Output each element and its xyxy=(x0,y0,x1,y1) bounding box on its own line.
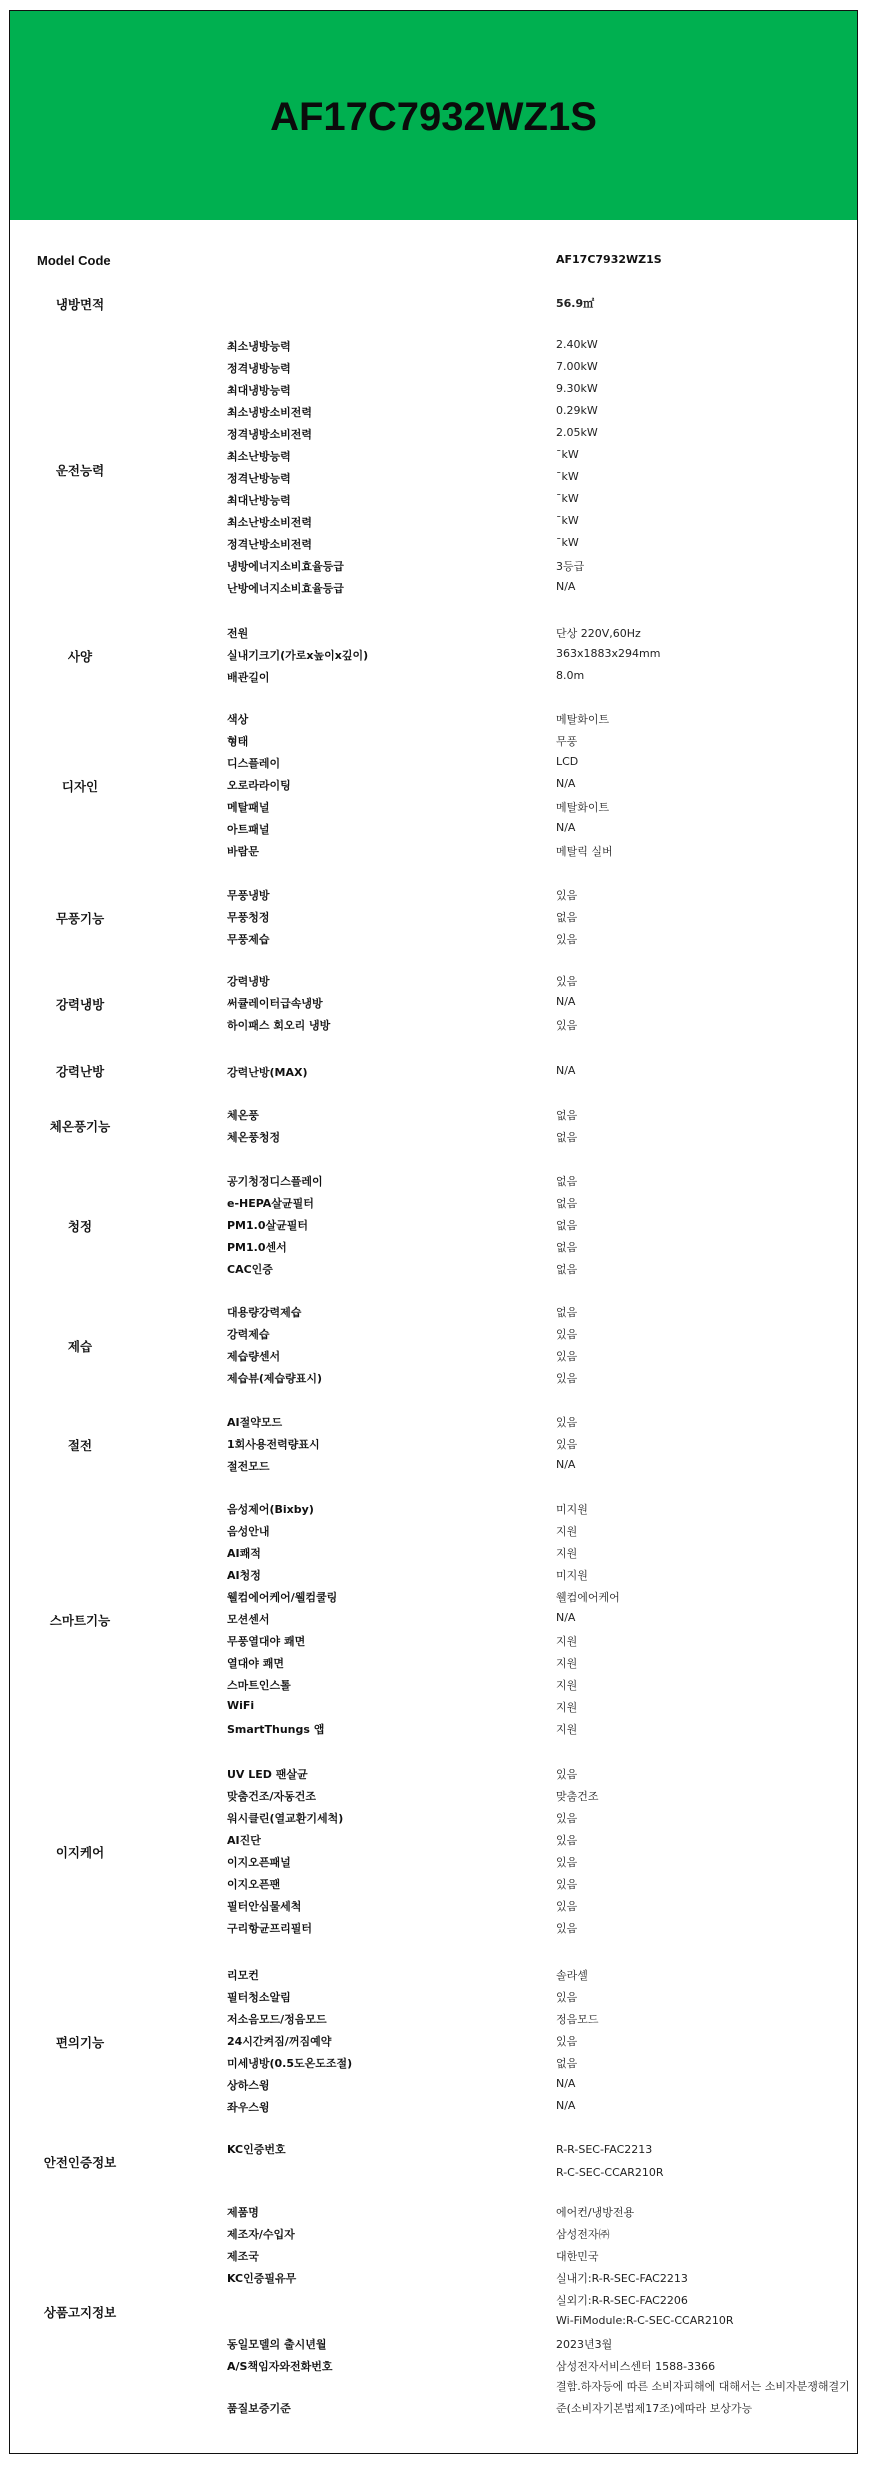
spec-value: 없음 xyxy=(556,1304,577,1320)
spec-label: 정격냉방소비전력 xyxy=(227,426,312,442)
spec-label: 체온풍청정 xyxy=(227,1129,280,1145)
spec-label: 메탈패널 xyxy=(227,799,270,815)
spec-label: e-HEPA살균필터 xyxy=(227,1195,314,1211)
spec-label: 구리항균프리필터 xyxy=(227,1920,312,1936)
spec-label: 아트패널 xyxy=(227,821,270,837)
spec-label: 제조자/수입자 xyxy=(227,2226,295,2242)
spec-value: 있음 xyxy=(556,1766,577,1782)
spec-value: N/A xyxy=(556,1064,575,1077)
spec-label: 최대냉방능력 xyxy=(227,382,291,398)
spec-value: 없음 xyxy=(556,1217,577,1233)
spec-value: ¯kW xyxy=(556,492,579,505)
spec-value: 지원 xyxy=(556,1633,577,1649)
spec-label: 좌우스윙 xyxy=(227,2099,270,2115)
spec-value: 정음모드 xyxy=(556,2011,599,2027)
spec-value: 9.30kW xyxy=(556,382,598,395)
spec-value: 없음 xyxy=(556,1239,577,1255)
spec-value: 56.9㎡ xyxy=(556,295,594,311)
category-label: 청정 xyxy=(10,1217,150,1235)
spec-value: 솔라셀 xyxy=(556,1967,588,1983)
spec-label: 무풍냉방 xyxy=(227,887,270,903)
category-label: 무풍기능 xyxy=(10,909,150,927)
spec-value: 삼성전자㈜ xyxy=(556,2226,610,2242)
spec-value: 없음 xyxy=(556,1107,577,1123)
spec-label: 무풍청정 xyxy=(227,909,270,925)
spec-label: 맞춤건조/자동건조 xyxy=(227,1788,316,1804)
spec-value: ¯kW xyxy=(556,514,579,527)
spec-label: 체온풍 xyxy=(227,1107,259,1123)
spec-label: 제조국 xyxy=(227,2248,259,2264)
spec-label: 제습뷰(제습량표시) xyxy=(227,1370,322,1386)
category-label: 냉방면적 xyxy=(10,295,150,313)
spec-value: 있음 xyxy=(556,1017,577,1033)
spec-value: N/A xyxy=(556,1458,575,1471)
spec-label: 색상 xyxy=(227,711,248,727)
spec-value: N/A xyxy=(556,1611,575,1624)
spec-label: 동일모델의 출시년월 xyxy=(227,2336,326,2352)
spec-label: 음성안내 xyxy=(227,1523,270,1539)
spec-value: 실내기:R-R-SEC-FAC2213 xyxy=(556,2270,688,2286)
spec-label: 상하스윙 xyxy=(227,2077,270,2093)
spec-label: 필터안심물세척 xyxy=(227,1898,301,1914)
spec-label: 디스플레이 xyxy=(227,755,280,771)
spec-value: 대한민국 xyxy=(556,2248,599,2264)
spec-value: N/A xyxy=(556,821,575,834)
spec-label: 전원 xyxy=(227,625,248,641)
spec-value: 있음 xyxy=(556,1854,577,1870)
spec-value: 있음 xyxy=(556,1810,577,1826)
spec-value: 미지원 xyxy=(556,1567,588,1583)
spec-value: 에어컨/냉방전용 xyxy=(556,2204,634,2220)
spec-label: 무풍제습 xyxy=(227,931,270,947)
spec-label: 리모컨 xyxy=(227,1967,259,1983)
spec-label: 오로라라이팅 xyxy=(227,777,291,793)
title-banner: AF17C7932WZ1S xyxy=(10,11,857,220)
spec-label: 써큘레이터급속냉방 xyxy=(227,995,323,1011)
category-label: 편의기능 xyxy=(10,2033,150,2051)
spec-value: 있음 xyxy=(556,1370,577,1386)
spec-label: 정격난방능력 xyxy=(227,470,291,486)
model-code-row: Model Code AF17C7932WZ1S xyxy=(10,253,857,273)
spec-value: ¯kW xyxy=(556,536,579,549)
spec-value: 363x1883x294mm xyxy=(556,647,660,660)
spec-value: 2023년3월 xyxy=(556,2336,612,2352)
spec-label: 제습량센서 xyxy=(227,1348,280,1364)
spec-value: 있음 xyxy=(556,1920,577,1936)
spec-value: 없음 xyxy=(556,1195,577,1211)
spec-value: N/A xyxy=(556,2099,575,2112)
spec-label: 미세냉방(0.5도온도조절) xyxy=(227,2055,352,2071)
spec-value: 있음 xyxy=(556,973,577,989)
spec-label: WiFi xyxy=(227,1699,254,1712)
spec-value: 맞춤건조 xyxy=(556,1788,599,1804)
spec-label: 음성제어(Bixby) xyxy=(227,1501,314,1517)
spec-label: SmartThungs 앱 xyxy=(227,1721,324,1737)
spec-value: 없음 xyxy=(556,1173,577,1189)
model-code-label: Model Code xyxy=(37,253,111,268)
spec-value: 2.05kW xyxy=(556,426,598,439)
spec-label: CAC인증 xyxy=(227,1261,273,1277)
category-label: 스마트기능 xyxy=(10,1611,150,1629)
spec-value: N/A xyxy=(556,2077,575,2090)
category-label: 상품고지정보 xyxy=(10,2303,150,2321)
spec-label: 대용량강력제습 xyxy=(227,1304,301,1320)
spec-value: 지원 xyxy=(556,1677,577,1693)
spec-label: PM1.0살균필터 xyxy=(227,1217,308,1233)
spec-label: 모션센서 xyxy=(227,1611,270,1627)
spec-label: 강력냉방 xyxy=(227,973,270,989)
spec-value: 있음 xyxy=(556,1832,577,1848)
spec-label: 워시클린(열교환기세척) xyxy=(227,1810,343,1826)
spec-label: 최소난방능력 xyxy=(227,448,291,464)
spec-value: R-C-SEC-CCAR210R xyxy=(556,2166,664,2179)
spec-value: 없음 xyxy=(556,1261,577,1277)
spec-label: 무풍열대야 쾌면 xyxy=(227,1633,305,1649)
spec-value: 있음 xyxy=(556,1876,577,1892)
spec-label: 품질보증기준 xyxy=(227,2400,291,2416)
spec-label: 1회사용전력량표시 xyxy=(227,1436,320,1452)
spec-value: 실외기:R-R-SEC-FAC2206 xyxy=(556,2292,688,2308)
category-label: 제습 xyxy=(10,1337,150,1355)
spec-label: 정격난방소비전력 xyxy=(227,536,312,552)
spec-value: 삼성전자서비스센터 1588-3366 xyxy=(556,2358,715,2374)
spec-label: 강력난방(MAX) xyxy=(227,1064,308,1080)
spec-label: 이지오픈패널 xyxy=(227,1854,291,1870)
spec-value: R-R-SEC-FAC2213 xyxy=(556,2143,652,2156)
spec-label: 정격냉방능력 xyxy=(227,360,291,376)
spec-value: 없음 xyxy=(556,909,577,925)
spec-label: UV LED 팬살균 xyxy=(227,1766,308,1782)
spec-value: N/A xyxy=(556,777,575,790)
spec-label: 하이패스 회오리 냉방 xyxy=(227,1017,330,1033)
spec-value: 웰컴에어케어 xyxy=(556,1589,620,1605)
spec-label: 바람문 xyxy=(227,843,259,859)
category-label: 이지케어 xyxy=(10,1843,150,1861)
spec-label: A/S책임자와전화번호 xyxy=(227,2358,332,2374)
spec-value: 없음 xyxy=(556,2055,577,2071)
spec-label: 최소냉방능력 xyxy=(227,338,291,354)
spec-label: PM1.0센서 xyxy=(227,1239,287,1255)
spec-value: LCD xyxy=(556,755,578,768)
spec-value: 메탈릭 실버 xyxy=(556,843,613,859)
model-code-value: AF17C7932WZ1S xyxy=(556,253,662,266)
spec-label: 열대야 쾌면 xyxy=(227,1655,284,1671)
spec-label: 최대난방능력 xyxy=(227,492,291,508)
spec-value: 결함.하자등에 따른 소비자피해에 대해서는 소비자분쟁해결기준(소비자기본법제… xyxy=(556,2376,856,2420)
spec-label: 강력제습 xyxy=(227,1326,270,1342)
spec-label: 스마트인스톨 xyxy=(227,1677,291,1693)
category-label: 디자인 xyxy=(10,777,150,795)
spec-label: 최소냉방소비전력 xyxy=(227,404,312,420)
spec-value: 8.0m xyxy=(556,669,584,682)
spec-value: 7.00kW xyxy=(556,360,598,373)
spec-value: 지원 xyxy=(556,1699,577,1715)
spec-value: 있음 xyxy=(556,2033,577,2049)
spec-value: 단상 220V,60Hz xyxy=(556,625,641,641)
spec-value: N/A xyxy=(556,580,575,593)
spec-value: ¯kW xyxy=(556,470,579,483)
spec-value: 메탈화이트 xyxy=(556,799,609,815)
spec-label: AI절약모드 xyxy=(227,1414,282,1430)
spec-label: 저소음모드/정음모드 xyxy=(227,2011,327,2027)
spec-value: 있음 xyxy=(556,1348,577,1364)
spec-value: 있음 xyxy=(556,1989,577,2005)
spec-value: 지원 xyxy=(556,1545,577,1561)
category-label: 안전인증정보 xyxy=(10,2153,150,2171)
spec-label: 배관길이 xyxy=(227,669,270,685)
spec-label: 제품명 xyxy=(227,2204,259,2220)
spec-value: 2.40kW xyxy=(556,338,598,351)
spec-value: N/A xyxy=(556,995,575,1008)
spec-value: 무풍 xyxy=(556,733,577,749)
spec-value: 없음 xyxy=(556,1129,577,1145)
spec-value: 지원 xyxy=(556,1655,577,1671)
spec-value: 지원 xyxy=(556,1721,577,1737)
spec-label: 필터청소알림 xyxy=(227,1989,291,2005)
category-label: 강력난방 xyxy=(10,1062,150,1080)
spec-label: 형태 xyxy=(227,733,248,749)
spec-value: Wi-FiModule:R-C-SEC-CCAR210R xyxy=(556,2314,734,2327)
spec-label: 웰컴에어케어/웰컴쿨링 xyxy=(227,1589,337,1605)
spec-value: 있음 xyxy=(556,1414,577,1430)
page-title: AF17C7932WZ1S xyxy=(270,95,597,140)
spec-label: 절전모드 xyxy=(227,1458,270,1474)
spec-label: 최소난방소비전력 xyxy=(227,514,312,530)
spec-value: 3등급 xyxy=(556,558,584,574)
spec-label: 냉방에너지소비효율등급 xyxy=(227,558,344,574)
spec-label: AI진단 xyxy=(227,1832,261,1848)
spec-value: 있음 xyxy=(556,1326,577,1342)
spec-value: 있음 xyxy=(556,1898,577,1914)
category-label: 절전 xyxy=(10,1436,150,1454)
spec-value: 있음 xyxy=(556,1436,577,1452)
category-label: 강력냉방 xyxy=(10,995,150,1013)
spec-value: ¯kW xyxy=(556,448,579,461)
spec-label: AI청정 xyxy=(227,1567,261,1583)
category-label: 체온풍기능 xyxy=(10,1117,150,1135)
category-label: 사양 xyxy=(10,647,150,665)
spec-label: AI쾌적 xyxy=(227,1545,261,1561)
spec-label: KC인증번호 xyxy=(227,2141,286,2157)
spec-value: 미지원 xyxy=(556,1501,588,1517)
spec-label: 공기청정디스플레이 xyxy=(227,1173,323,1189)
spec-sheet-frame: AF17C7932WZ1S Model Code AF17C7932WZ1S 냉… xyxy=(9,10,858,2454)
spec-value: 있음 xyxy=(556,887,577,903)
spec-label: 난방에너지소비효율등급 xyxy=(227,580,344,596)
spec-label: 이지오픈팬 xyxy=(227,1876,280,1892)
spec-label: 24시간켜짐/꺼짐예약 xyxy=(227,2033,331,2049)
spec-value: 있음 xyxy=(556,931,577,947)
spec-value: 지원 xyxy=(556,1523,577,1539)
spec-value: 메탈화이트 xyxy=(556,711,609,727)
spec-value: 0.29kW xyxy=(556,404,598,417)
category-label: 운전능력 xyxy=(10,461,150,479)
spec-label: 실내기크기(가로x높이x깊이) xyxy=(227,647,368,663)
spec-label: KC인증필유무 xyxy=(227,2270,296,2286)
